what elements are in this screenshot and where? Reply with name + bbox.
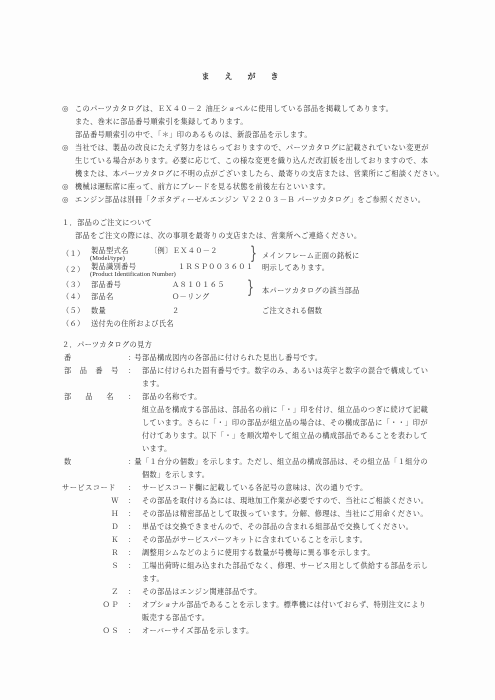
service-code-text: その部品を取付ける為には、現地加工作業が必要ですので、当社にご相談ください。 bbox=[142, 496, 428, 506]
bullet-icon: ◎ bbox=[62, 182, 69, 192]
catalog-note: 本パーツカタログの該当部品 bbox=[262, 286, 360, 296]
intro-line: 当社では、製品の改良にたえず努力をはらっておりますので、パーツカタログに記載され… bbox=[75, 143, 429, 153]
section-heading: ２．パーツカタログの見方 bbox=[62, 340, 152, 350]
entry-text: 組立品を構成する部品は、部品名の前に「・」印を付け、組立品のつぎに続けて記載 bbox=[142, 405, 428, 415]
quantity-note: ご注文される個数 bbox=[262, 306, 322, 316]
service-code-text: オプショナル部品であることを示します。標準機には付いておらず、特別注文により bbox=[142, 600, 426, 610]
colon: ： bbox=[128, 496, 135, 506]
service-code-text: その部品がサービスパーツキットに含まれていることを示します。 bbox=[142, 535, 367, 545]
item-label: 部品名 bbox=[91, 292, 114, 302]
service-code: ＯＰ bbox=[80, 600, 120, 610]
colon: ： bbox=[128, 366, 135, 376]
item-value: 〔例〕ＥＸ４０－２ bbox=[150, 246, 218, 256]
intro-line: また、巻末に部品番号順索引を集録してあります。 bbox=[75, 117, 248, 127]
colon: ： bbox=[128, 548, 135, 558]
bullet-icon: ◎ bbox=[62, 143, 69, 153]
colon: ： bbox=[128, 392, 135, 402]
entry-text: ます。 bbox=[142, 379, 164, 389]
item-value: ２ bbox=[172, 306, 180, 316]
service-code: Ｓ bbox=[80, 561, 120, 571]
colon: ： bbox=[128, 600, 135, 610]
intro-line: 機械は運転席に座って、前方にブレードを見る状態を前後左右といいます。 bbox=[75, 182, 330, 192]
service-code-text: ます。 bbox=[142, 574, 164, 584]
item-number: （４） bbox=[62, 292, 85, 302]
service-code-text: 販売する部品です。 bbox=[142, 613, 209, 623]
colon: ： bbox=[128, 483, 135, 493]
nameplate-note: メインフレーム正面の銘板に bbox=[262, 251, 360, 261]
colon: ： bbox=[128, 561, 135, 571]
service-code-text: オーバーサイズ部品を示します。 bbox=[142, 626, 254, 636]
entry-text: います。 bbox=[142, 444, 172, 454]
entry-text: 「１台分の個数」を示します。ただし、組立品の構成部品は、その組立品「１組分の bbox=[142, 457, 428, 467]
colon: ： bbox=[128, 509, 135, 519]
intro-line: 生じている場合があります。必要に応じて、この様な変更を織り込んだ改訂版を出してお… bbox=[75, 156, 428, 166]
service-code: Ｈ bbox=[80, 509, 120, 519]
entry-text: サービスコード欄に記載している各記号の意味は、次の通りです。 bbox=[142, 483, 368, 493]
nameplate-note: 明示してあります。 bbox=[262, 263, 329, 273]
entry-label: サービスコード bbox=[62, 483, 116, 493]
service-code: Ｗ bbox=[80, 496, 120, 506]
service-code-text: 調整用シムなどのように使用する数量が号機毎に異る事を示します。 bbox=[142, 548, 375, 558]
colon: ： bbox=[128, 457, 135, 467]
intro-line: このパーツカタログは、ＥＸ４０－２ 油圧ショベルに使用している部品を掲載してあり… bbox=[75, 104, 393, 114]
service-code: Ｋ bbox=[80, 535, 120, 545]
item-label: 送付先の住所および氏名 bbox=[91, 319, 174, 329]
service-code-text: その部品は精密部品として取扱っています。分解、修理は、当社にご用命ください。 bbox=[142, 509, 428, 519]
intro-line: 部品番号順索引の中で、「＊」印のあるものは、新設部品を示します。 bbox=[75, 130, 312, 140]
item-label: 数量 bbox=[91, 306, 106, 316]
intro-line: エンジン部品は別冊「クボタディーゼルエンジン Ｖ２２０３－Ｂ パーツカタログ」を… bbox=[75, 195, 425, 205]
entry-text: 部品の名称です。 bbox=[142, 392, 202, 402]
colon: ： bbox=[128, 535, 135, 545]
colon: ： bbox=[128, 522, 135, 532]
entry-label: 部品番号 bbox=[64, 366, 127, 376]
service-code: Ｚ bbox=[80, 587, 120, 597]
item-value: Ｏ－リング bbox=[172, 292, 210, 302]
service-code-text: 工場出荷時に組み込まれた部品でなく、修理、サービス用として供給する部品を示し bbox=[142, 561, 428, 571]
service-code-text: その部品はエンジン関連部品です。 bbox=[142, 587, 262, 597]
entry-text: 付けてあります。以下「・」を順次増やして組立品の構成部品であることを表わして bbox=[142, 431, 428, 441]
entry-label: 部品名 bbox=[64, 392, 128, 402]
item-value: １ＲＳＰ００３６０１ bbox=[178, 262, 253, 272]
colon: ： bbox=[128, 353, 135, 363]
service-code: Ｒ bbox=[80, 548, 120, 558]
service-code-text: 単品では交換できませんので、その部品の含まれる組部品で交換してください。 bbox=[142, 522, 413, 532]
bullet-icon: ◎ bbox=[62, 195, 69, 205]
colon: ： bbox=[128, 587, 135, 597]
item-number: （６） bbox=[62, 319, 85, 329]
brace-icon: } bbox=[250, 245, 257, 263]
item-number: （３） bbox=[62, 280, 85, 290]
entry-text: しています。さらに「・」印の部品が組立品の場合は、その構成部品に「・・」印が bbox=[142, 418, 428, 428]
service-code: Ｄ bbox=[80, 522, 120, 532]
page-title: まえがき bbox=[0, 71, 495, 82]
item-number: （２） bbox=[62, 265, 85, 275]
item-value: Ａ８１０１６５ bbox=[172, 280, 225, 290]
entry-text: 部品構成図内の各部品に付けられた見出し番号です。 bbox=[142, 353, 322, 363]
colon: ： bbox=[128, 626, 135, 636]
brace-icon: } bbox=[247, 279, 254, 297]
item-label: 部品番号 bbox=[91, 280, 121, 290]
section-lead: 部品をご注文の際には、次の事項を最寄りの支店または、営業所へご連絡ください。 bbox=[75, 231, 361, 241]
catalog-preface-page: まえがき ◎ このパーツカタログは、ＥＸ４０－２ 油圧ショベルに使用している部品… bbox=[0, 0, 495, 700]
bullet-icon: ◎ bbox=[62, 104, 69, 114]
intro-line: 機または、本パーツカタログに不明の点がございましたら、最寄りの支店または、営業所… bbox=[75, 169, 444, 179]
item-sublabel: (Product Identification Number) bbox=[90, 270, 176, 280]
service-code: ＯＳ bbox=[80, 626, 120, 636]
item-number: （５） bbox=[62, 306, 85, 316]
entry-text: 個数」を示します。 bbox=[142, 470, 209, 480]
section-heading: １．部品のご注文について bbox=[62, 218, 152, 228]
item-number: （１） bbox=[62, 249, 85, 259]
entry-text: 部品に付けられた固有番号です。数字のみ、あるいは英字と数字の混合で構成してい bbox=[142, 366, 428, 376]
